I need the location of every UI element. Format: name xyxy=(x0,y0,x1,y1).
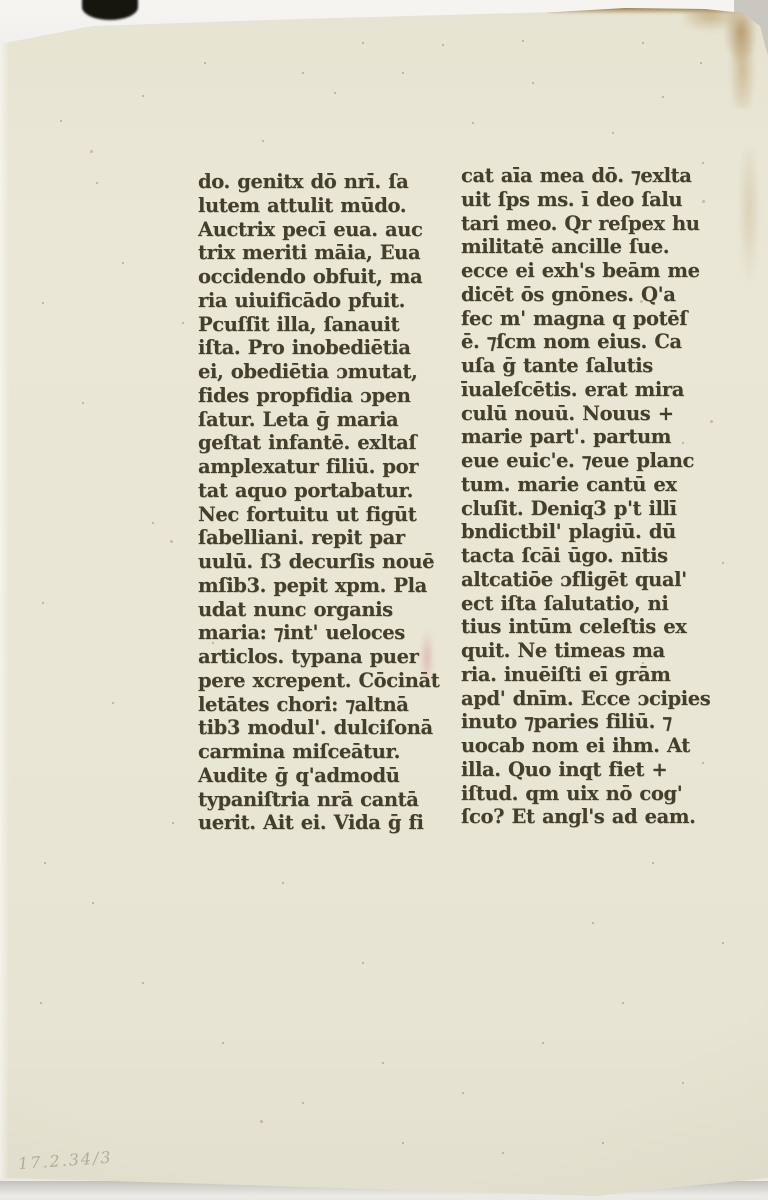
manuscript-line: tat aquo portabatur. xyxy=(198,479,434,503)
manuscript-line: ria. inuēiſti eī grām xyxy=(461,663,717,687)
manuscript-line: uulū. ſ3 decurſis nouē xyxy=(198,550,434,574)
manuscript-line: inuto ⁊paries filiū. ⁊ xyxy=(461,710,717,734)
manuscript-line: tius intūm celeſtis ex xyxy=(461,615,717,639)
manuscript-line: Pcuſſit illa, ſanauit xyxy=(198,313,434,337)
manuscript-line: uocab nom ei ihm. At xyxy=(461,734,717,758)
manuscript-line: tacta ſcāi ūgo. nītis xyxy=(461,544,717,568)
manuscript-line: cat aīa mea dō. ⁊exlta xyxy=(461,164,717,188)
manuscript-line: lutem attulit mūdo. xyxy=(198,194,434,218)
manuscript-line: carmina miſceātur. xyxy=(198,740,434,764)
manuscript-line: tib3 modul'. dulciſonā xyxy=(198,716,434,740)
manuscript-line: militatē ancille ſue. xyxy=(461,235,717,259)
gutter-red-smudge xyxy=(420,624,434,680)
pencil-shelfmark: 17.2.34/3 xyxy=(17,1146,138,1173)
manuscript-line: ria uiuificādo pfuit. xyxy=(198,289,434,313)
manuscript-line: geſtat infantē. exltaſ xyxy=(198,431,434,455)
manuscript-line: cluſit. Deniq3 p't illī xyxy=(461,497,717,521)
manuscript-line: illa. Quo inqt fiet + xyxy=(461,758,717,782)
manuscript-line: Nec fortuitu ut figūt xyxy=(198,503,434,527)
manuscript-line: iſta. Pro inobediētia xyxy=(198,336,434,360)
manuscript-line: culū nouū. Nouus + xyxy=(461,402,717,426)
drip-stain xyxy=(722,12,756,108)
manuscript-line: tari meo. Qr reſpex hu xyxy=(461,212,717,236)
manuscript-line: iſtud. qm uix nō cog' xyxy=(461,782,717,806)
right-edge-stain xyxy=(738,150,760,300)
manuscript-line: ei, obediētia ɔmutat, xyxy=(198,360,434,384)
manuscript-line: letātes chori: ⁊altnā xyxy=(198,693,434,717)
manuscript-line: mſib3. pepit xpm. Pla xyxy=(198,574,434,598)
manuscript-line: fec m' magna q potēſ xyxy=(461,307,717,331)
manuscript-line: ſatur. Leta ḡ maria xyxy=(198,408,434,432)
manuscript-line: articlos. typana puer xyxy=(198,645,434,669)
manuscript-line: maria: ⁊int' ueloces xyxy=(198,621,434,645)
manuscript-line: eue euic'e. ⁊eue planc xyxy=(461,449,717,473)
text-column-right: cat aīa mea dō. ⁊exltauit ſps ms. ī deo … xyxy=(461,164,717,829)
manuscript-line: apd' dnīm. Ecce ɔcipies xyxy=(461,687,717,711)
manuscript-line: occidendo obfuit, ma xyxy=(198,265,434,289)
manuscript-line: dicēt ōs gnōnes. Q'a xyxy=(461,283,717,307)
manuscript-line: ecce ei exh's beām me xyxy=(461,259,717,283)
manuscript-line: uit ſps ms. ī deo ſalu xyxy=(461,188,717,212)
manuscript-line: altcatiōe ɔfligēt qual' xyxy=(461,568,717,592)
manuscript-line: ſabelliani. repit par xyxy=(198,526,434,550)
manuscript-line: tum. marie cantū ex xyxy=(461,473,717,497)
manuscript-line: bndictbil' plagiū. dū xyxy=(461,520,717,544)
manuscript-line: do. genitx dō nrī. ſa xyxy=(198,170,434,194)
manuscript-line: ē. ⁊ſcm nom eius. Ca xyxy=(461,330,717,354)
manuscript-line: ect iſta ſalutatio, ni xyxy=(461,592,717,616)
manuscript-line: fides propfidia ɔpen xyxy=(198,384,434,408)
manuscript-line: marie part'. partum xyxy=(461,425,717,449)
manuscript-line: trix meriti māia, Eua xyxy=(198,241,434,265)
manuscript-line: uſa ḡ tante ſalutis xyxy=(461,354,717,378)
manuscript-line: udat nunc organis xyxy=(198,598,434,622)
manuscript-line: īualeſcētis. erat mira xyxy=(461,378,717,402)
manuscript-line: quit. Ne timeas ma xyxy=(461,639,717,663)
manuscript-line: amplexatur filiū. por xyxy=(198,455,434,479)
text-column-left: do. genitx dō nrī. ſalutem attulit mūdo.… xyxy=(198,170,434,835)
manuscript-line: uerit. Ait ei. Vida ḡ fi xyxy=(198,811,434,835)
manuscript-line: Auctrix pecī eua. auc xyxy=(198,218,434,242)
manuscript-line: Audite ḡ q'admodū xyxy=(198,764,434,788)
page-edge-highlight xyxy=(0,30,9,1190)
manuscript-line: pere xcrepent. Cōcināt xyxy=(198,669,434,693)
manuscript-line: ſco? Et angl's ad eam. xyxy=(461,805,717,829)
manuscript-page: do. genitx dō nrī. ſalutem attulit mūdo.… xyxy=(0,0,768,1200)
manuscript-line: typaniſtria nrā cantā xyxy=(198,788,434,812)
